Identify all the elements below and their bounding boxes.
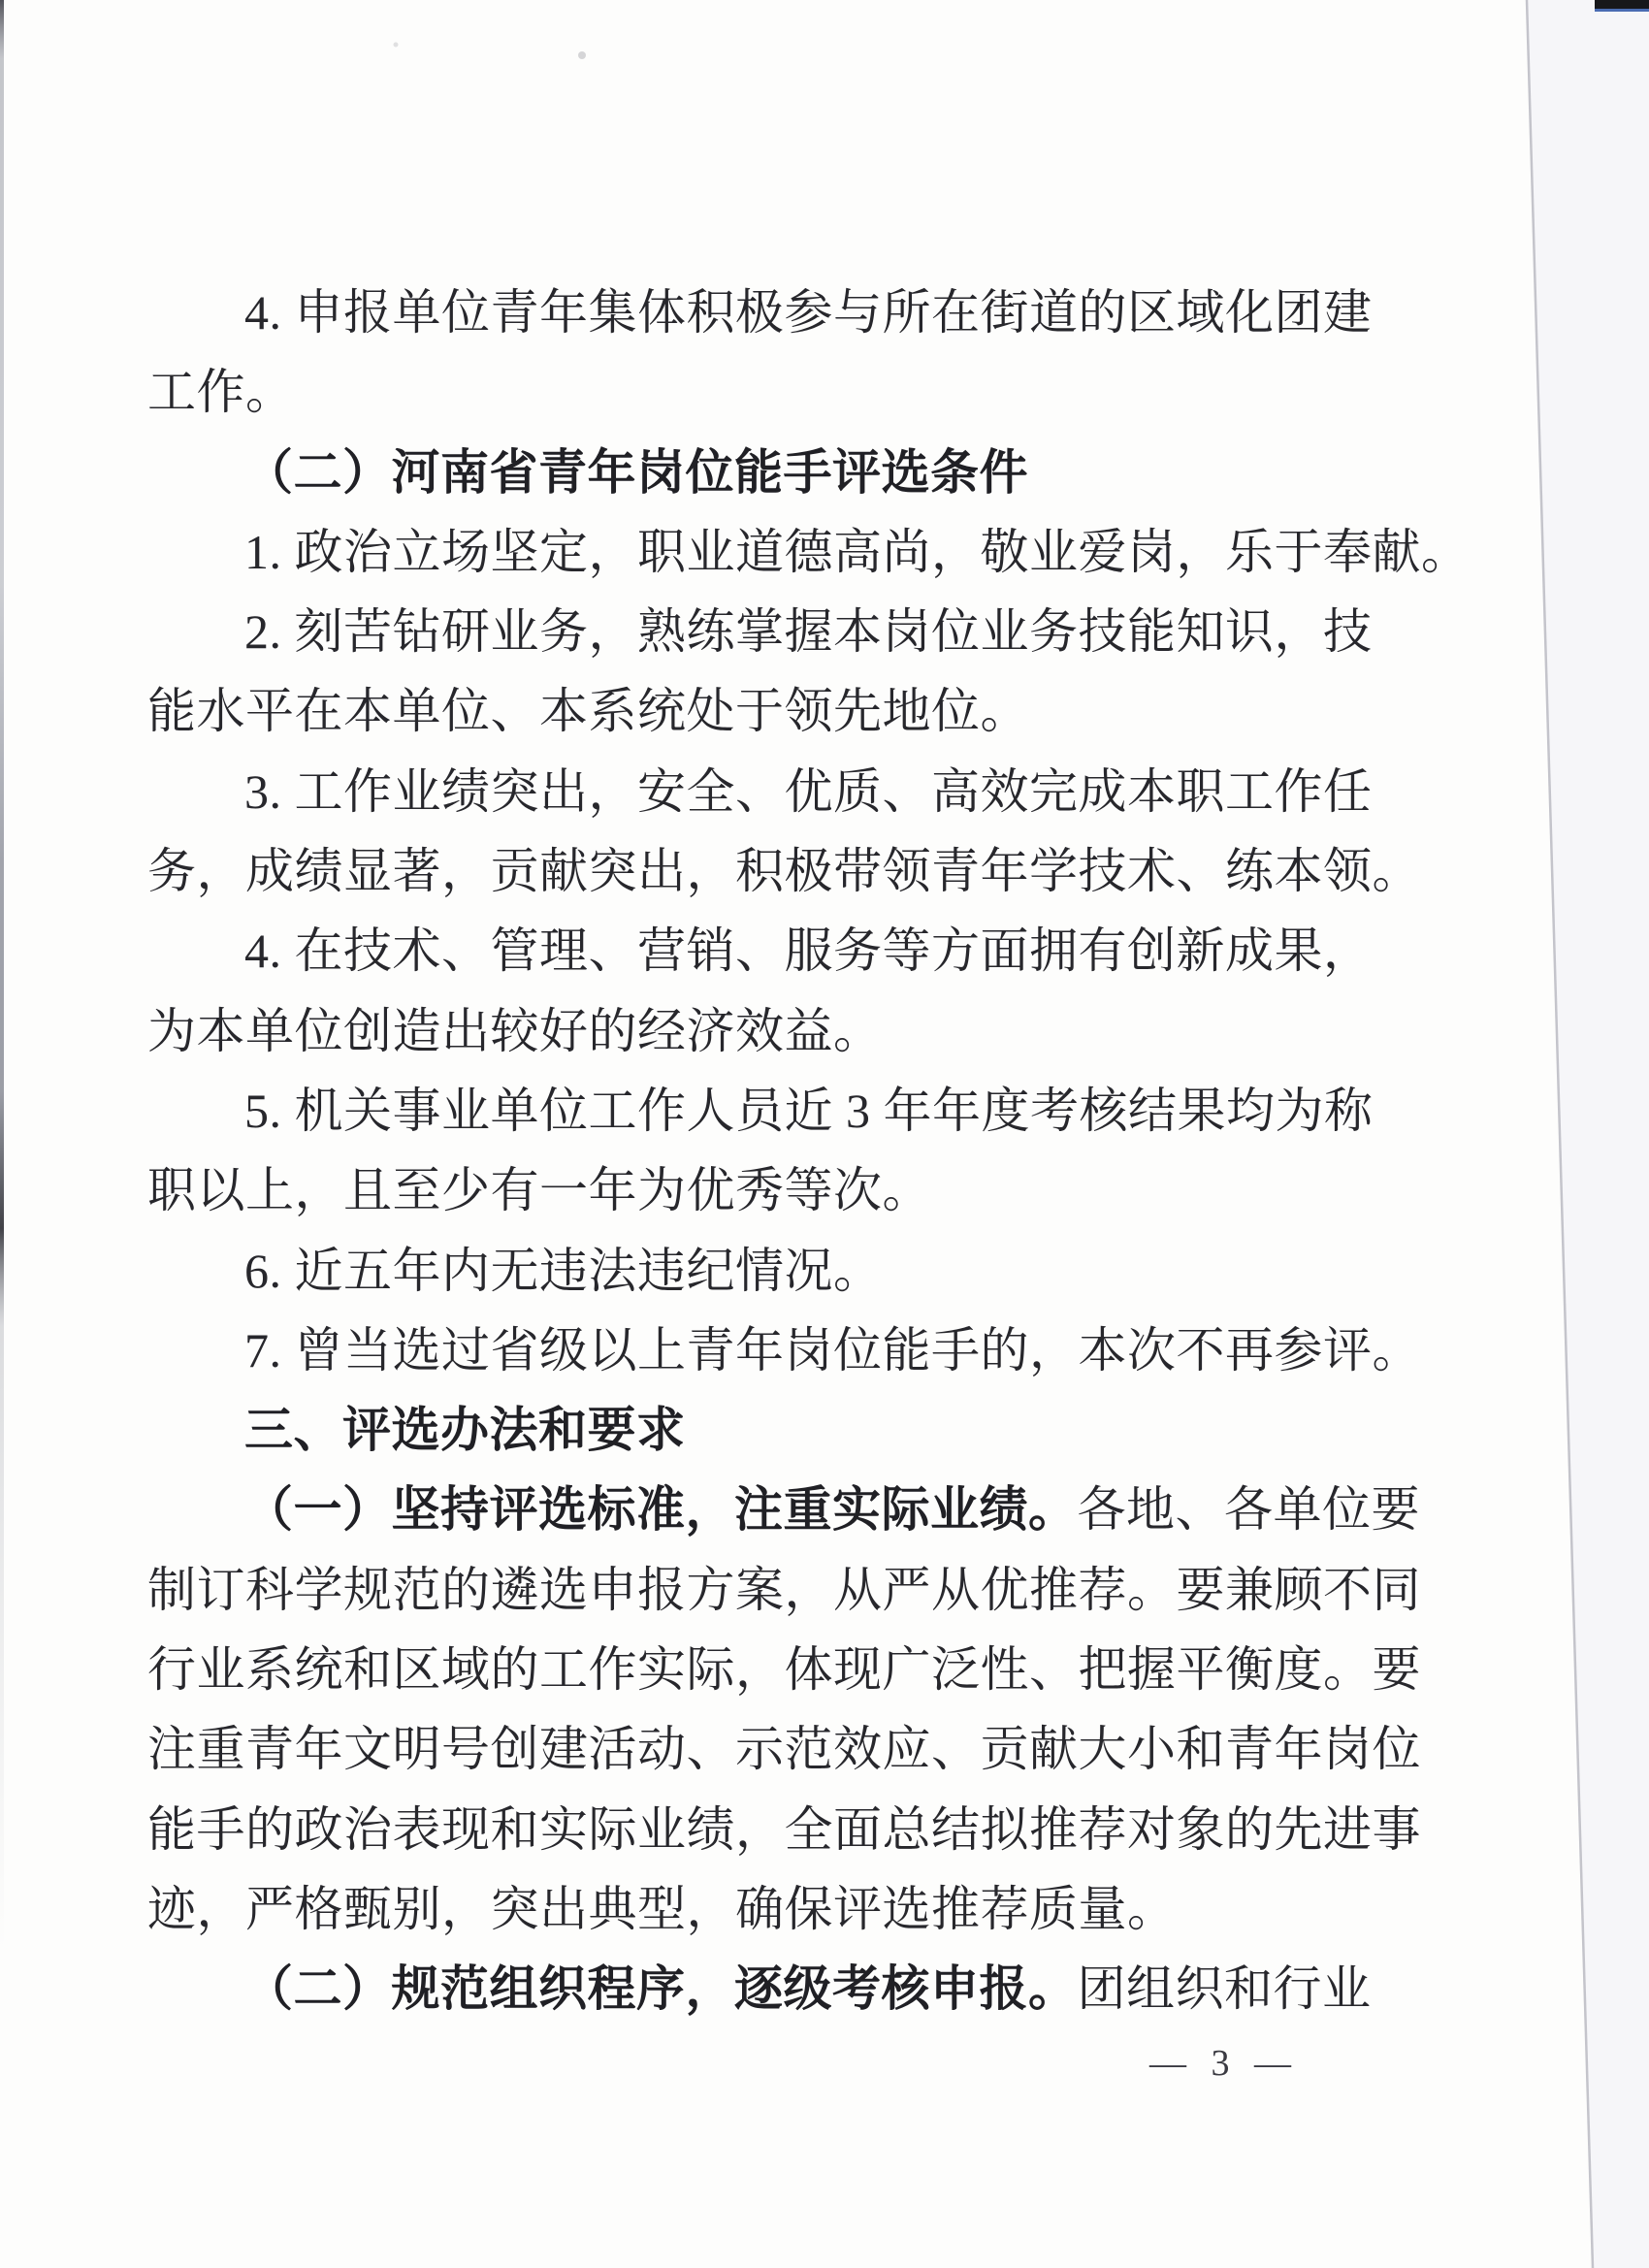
corner-bar-underline	[1595, 9, 1649, 12]
page-number: — 3 —	[1149, 2042, 1299, 2085]
text-line: 7. 曾当选过省级以上青年岗位能手的，本次不再参评。	[147, 1311, 1438, 1390]
text-line: （一）坚持评选标准，注重实际业绩。各地、各单位要	[147, 1470, 1438, 1549]
text-line: 3. 工作业绩突出，安全、优质、高效完成本职工作任	[147, 752, 1438, 831]
text-segment: 4. 在技术、管理、营销、服务等方面拥有创新成果，	[244, 923, 1373, 978]
text-line: 能手的政治表现和实际业绩，全面总结拟推荐对象的先进事	[147, 1790, 1438, 1869]
text-line: 4. 申报单位青年集体积极参与所在街道的区域化团建	[147, 273, 1438, 352]
text-line: 行业系统和区域的工作实际，体现广泛性、把握平衡度。要	[147, 1630, 1438, 1709]
text-line: 为本单位创造出较好的经济效益。	[147, 991, 1438, 1071]
text-segment: 职以上，且至少有一年为优秀等次。	[147, 1163, 931, 1217]
text-line: （二）规范组织程序，逐级考核申报。团组织和行业	[147, 1949, 1438, 2028]
text-segment: 2. 刻苦钻研业务，熟练掌握本岗位业务技能知识，技	[244, 604, 1373, 659]
text-segment: 各地、各单位要	[1078, 1482, 1421, 1537]
text-line: 5. 机关事业单位工作人员近 3 年年度考核结果均为称	[147, 1071, 1438, 1150]
text-segment: 3. 工作业绩突出，安全、优质、高效完成本职工作任	[244, 764, 1373, 819]
text-segment: 6. 近五年内无违法违纪情况。	[244, 1244, 883, 1298]
text-segment: 5. 机关事业单位工作人员近 3 年年度考核结果均为称	[244, 1084, 1374, 1138]
corner-bar	[1595, 0, 1649, 9]
text-segment: 注重青年文明号创建活动、示范效应、贡献大小和青年岗位	[147, 1722, 1421, 1776]
text-line: （二）河南省青年岗位能手评选条件	[147, 433, 1438, 512]
scan-speck	[394, 43, 399, 48]
text-line: 务，成绩显著，贡献突出，积极带领青年学技术、练本领。	[147, 831, 1438, 911]
text-line: 职以上，且至少有一年为优秀等次。	[147, 1150, 1438, 1230]
heading-segment: 三、评选办法和要求	[244, 1403, 686, 1457]
heading-segment: （二）规范组织程序，逐级考核申报。	[244, 1961, 1078, 2016]
document-body: 4. 申报单位青年集体积极参与所在街道的区域化团建工作。（二）河南省青年岗位能手…	[147, 273, 1438, 2029]
scan-speck	[578, 51, 586, 59]
text-line: 工作。	[147, 352, 1438, 432]
text-segment: 能手的政治表现和实际业绩，全面总结拟推荐对象的先进事	[147, 1802, 1421, 1857]
text-segment: 工作。	[147, 365, 295, 419]
text-line: 注重青年文明号创建活动、示范效应、贡献大小和青年岗位	[147, 1709, 1438, 1789]
text-line: 2. 刻苦钻研业务，熟练掌握本岗位业务技能知识，技	[147, 592, 1438, 671]
text-segment: 行业系统和区域的工作实际，体现广泛性、把握平衡度。要	[147, 1642, 1421, 1697]
text-segment: 务，成绩显著，贡献突出，积极带领青年学技术、练本领。	[147, 844, 1421, 898]
text-segment: 团组织和行业	[1078, 1961, 1372, 2016]
text-line: 能水平在本单位、本系统处于领先地位。	[147, 671, 1438, 751]
text-line: 4. 在技术、管理、营销、服务等方面拥有创新成果，	[147, 911, 1438, 990]
text-segment: 7. 曾当选过省级以上青年岗位能手的，本次不再参评。	[244, 1323, 1421, 1377]
text-line: 1. 政治立场坚定，职业道德高尚，敬业爱岗，乐于奉献。	[147, 512, 1438, 592]
heading-segment: （一）坚持评选标准，注重实际业绩。	[244, 1482, 1078, 1537]
text-segment: 迹，严格甄别，突出典型，确保评选推荐质量。	[147, 1882, 1177, 1936]
text-line: 6. 近五年内无违法违纪情况。	[147, 1231, 1438, 1311]
scanned-page: 4. 申报单位青年集体积极参与所在街道的区域化团建工作。（二）河南省青年岗位能手…	[0, 0, 1649, 2268]
text-segment: 能水平在本单位、本系统处于领先地位。	[147, 684, 1029, 738]
text-line: 制订科学规范的遴选申报方案，从严从优推荐。要兼顾不同	[147, 1550, 1438, 1630]
text-line: 三、评选办法和要求	[147, 1390, 1438, 1470]
left-edge-strip	[0, 0, 4, 1950]
text-segment: 4. 申报单位青年集体积极参与所在街道的区域化团建	[244, 285, 1373, 340]
document-lines: 4. 申报单位青年集体积极参与所在街道的区域化团建工作。（二）河南省青年岗位能手…	[147, 273, 1438, 2029]
scanner-background	[1527, 0, 1649, 2268]
page-edge-line	[1527, 0, 1593, 2268]
heading-segment: （二）河南省青年岗位能手评选条件	[244, 445, 1028, 500]
text-segment: 1. 政治立场坚定，职业道德高尚，敬业爱岗，乐于奉献。	[244, 525, 1471, 579]
text-segment: 为本单位创造出较好的经济效益。	[147, 1004, 883, 1058]
text-segment: 制订科学规范的遴选申报方案，从严从优推荐。要兼顾不同	[147, 1563, 1421, 1617]
text-line: 迹，严格甄别，突出典型，确保评选推荐质量。	[147, 1869, 1438, 1949]
